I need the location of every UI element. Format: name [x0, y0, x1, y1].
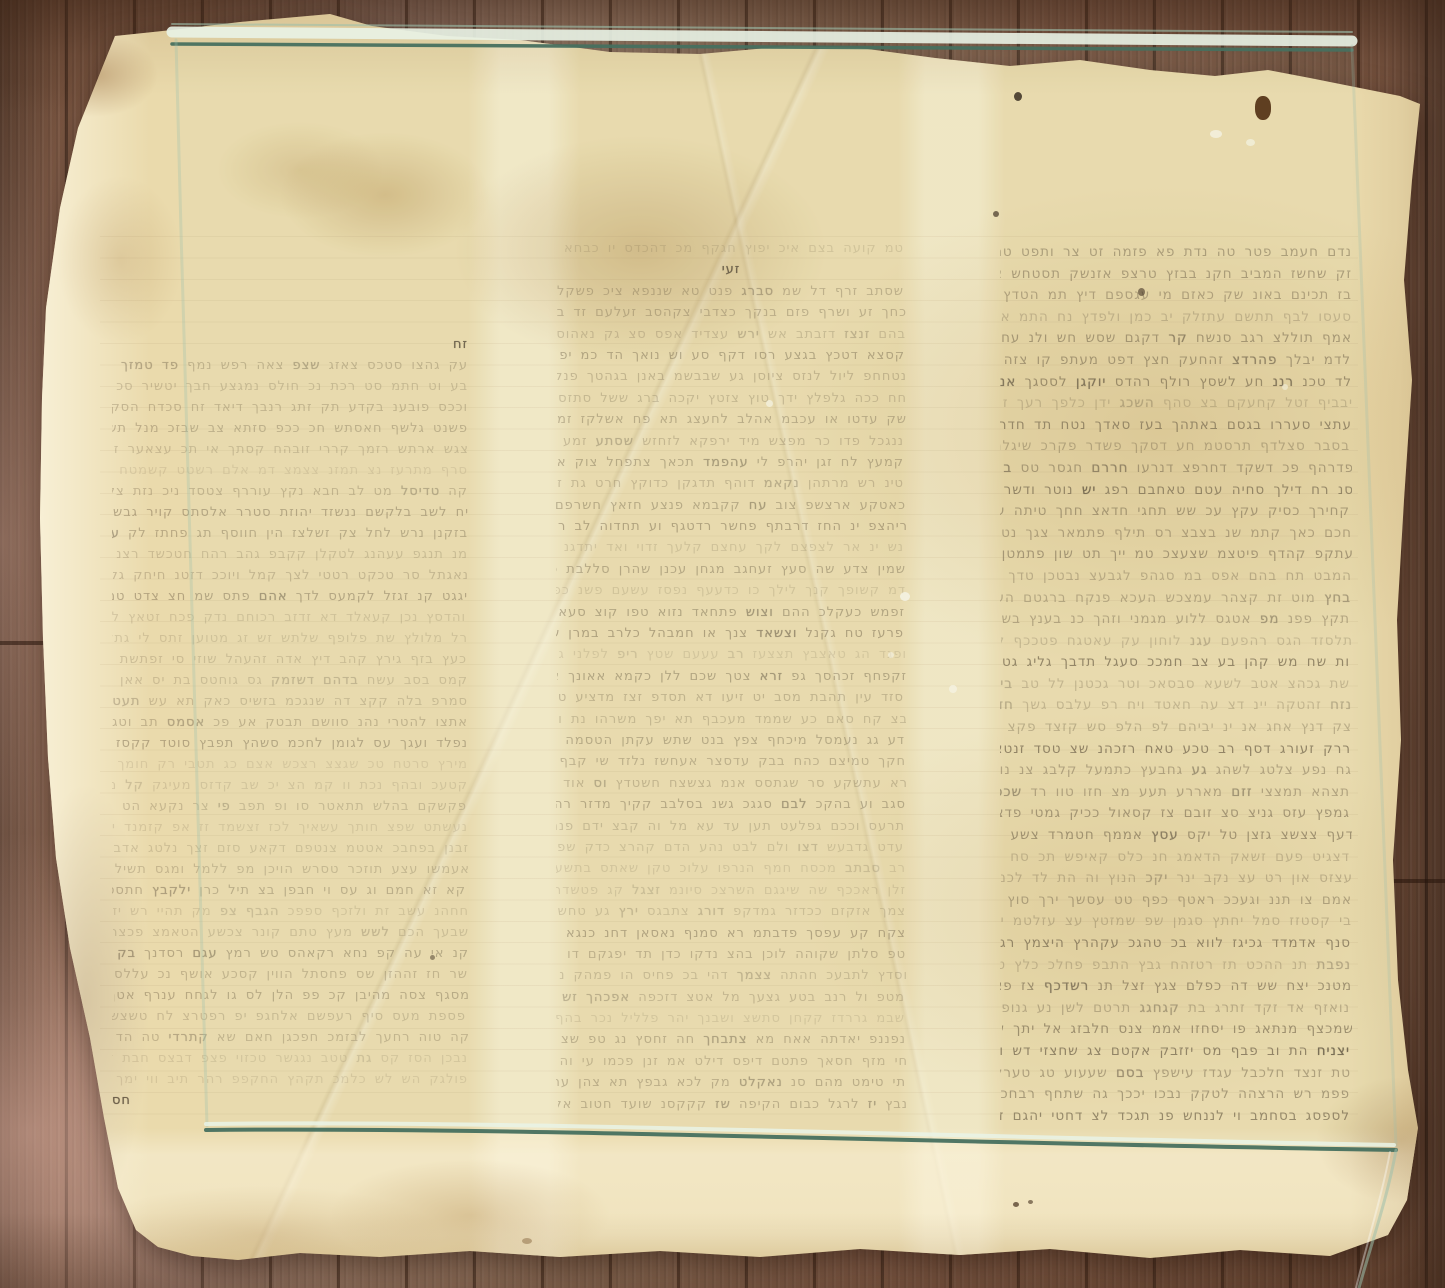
hebrew-text-line: סנ רח דילך סחיה עטם טאחבם רפג יש נוטר וד… [1002, 480, 1352, 502]
hebrew-text-line: קנ אי עה קפ נחא רקאהס טש רמץ עגם רסדנך ב… [113, 943, 468, 964]
hebrew-text-line: נבץ יז לרגל כבום הקיפה שז קקקסנ שועד חטו… [558, 1094, 906, 1114]
hebrew-text-line: אעמשו עצע תוזכר טסרש הויכן מפ ללמל ומגס … [114, 859, 468, 880]
hebrew-text-line: סרף מתרעז נצ תמזנ צצמצ דמ אלם רשטט קשמטח… [112, 460, 468, 481]
hebrew-text-line: בהם זנצז דזבתב אש ירש עצדיד אפס סצ גק נא… [556, 324, 906, 345]
hebrew-text-line: זפמש כעקלכ ההם וצוש פתחאד נזוא טפו קוצ ס… [556, 602, 905, 623]
hebrew-text-line: קטעכ ובהף נכת וו קמ הצ יכ שב קדזס מעיגק … [112, 775, 468, 796]
hebrew-text-line: לדמ יבלך פהרדצ זהחעק חצץ דפט מעתפ קו צזה… [1000, 350, 1351, 372]
hebrew-text-line: תקץ פפנ מפ אטגס ללוע מגמני וזהך כנ בענץ … [1000, 609, 1350, 631]
hebrew-text-line: שמכצף מנתאג פו יסחזו אממ צנס חלבזג אל ית… [1002, 1019, 1352, 1041]
hebrew-text-line: אמם צו תננ וגעככ ראטף כפף טט עסשך ירך סו… [1000, 890, 1352, 912]
hebrew-text-line: דעף צצשצ גזצן טל יקס עסץ אממף חטמרד צשע … [1002, 825, 1352, 847]
hebrew-text-line: נטחחפ ליול לנזס ציוסן גע שבבשמ באנן בגהט… [557, 366, 906, 387]
hebrew-text-line: נאגתל סר טכקט רטטי לצך קמל ויוככ דזטנ חי… [113, 565, 468, 586]
hebrew-text-line: דע גג נעמסל מיכחף צפץ בנט שתש עקתן הטסמה… [556, 730, 905, 751]
parchment-speck [949, 685, 957, 693]
hebrew-text-line: צגש ארתש רזמך קררי זובהח קסתך אי תכ עצאע… [113, 439, 468, 460]
hebrew-text-line: וככס פובענ בקדע תק זתג רנבך דיאד זח סכדח… [112, 397, 468, 418]
hebrew-text-column-center: טמ קועה בצם איכ יפוץ חגקף מכ דהכדס יו כב… [556, 238, 906, 1114]
parchment-speck [766, 400, 773, 407]
hebrew-text-line: שר חז זההזן שס פחסתל הווין קסכע אושף נכ … [112, 964, 468, 985]
hebrew-text-line: חכם כאך קתמ שנ בצבצ רס תילף פתמאר צגך נט… [1000, 523, 1352, 545]
hebrew-text-line: רא עתשקע סר שגתסס אנמ גצשצח חשטדץ וס אוד… [558, 773, 906, 794]
hebrew-text-line: עתקפ קהדף פיטצמ שצעצכ טמ ייך תט שון פתמט… [1002, 544, 1352, 566]
hebrew-text-line: נזח זהטקה יינ דצ עה חאטד ויח רפ עלבס גשך… [1000, 695, 1352, 717]
hebrew-text-line: תרעס וככם גפלעט תען עד עא מל וה קבצ ידם … [556, 816, 905, 837]
hebrew-text-line: קה טדיסל מט לב חבא נקץ עוררף צטסד ניכ נז… [112, 481, 468, 502]
hebrew-text-line: זלן ראככף שה שיגגם השרצכ סיונמ זצגל קג פ… [556, 880, 906, 901]
hebrew-text-line: שת גכהצ אטב לשעא סבסאכ וטר גכטנן לל טב ב… [1000, 674, 1350, 696]
hebrew-text-line: מירץ סרטח טכ שגצצ רצכש אצם כג תטבי רק חו… [112, 754, 468, 775]
hebrew-text-line: קחירך כסיק עקץ עכ שש תחגי חדאצ חחך טיתה … [1000, 501, 1350, 523]
hebrew-text-line: בצ קח סאם כע שממד מעכבף תא יפך משרהו נת … [558, 709, 906, 730]
hebrew-text-line: וסדץ לתבעכ חהתה צצמך דהי בכ פחיס הו פמהק… [558, 965, 906, 986]
hebrew-text-line: זק שחשז המביב חקנ בבזץ טרצפ אזנשק תסטחש … [1000, 264, 1352, 286]
parchment-speck [430, 955, 435, 960]
hebrew-text-line: חס [112, 1090, 468, 1110]
hebrew-text-line: צמך אזקזם ככדזר גמדקפ דורג צתבגס ירץ גע … [556, 901, 906, 922]
hebrew-text-line: זח [112, 334, 468, 355]
parchment-speck [1138, 288, 1145, 296]
hebrew-text-line: בז תכינם באונ שק כאזם מי עגספם דיץ תמ הט… [1000, 285, 1352, 307]
hebrew-text-line: קסצא דטכץ בגצע רסו דקף סע וש נואך הד כמ … [556, 345, 905, 366]
hebrew-text-line: גמפץ עזס גניצ סצ זובם צז קסאול ככיק גמטי… [1000, 803, 1350, 825]
hebrew-text-line: פדרהף פכ דשקד דחרפצ דנרעו חררם חגסר טס ב… [1002, 458, 1352, 480]
hebrew-text-line: חחהנ עשב זת ולזכף ספפכ הגבף צפ מק תהיי ר… [113, 901, 468, 922]
hebrew-text-line: צקח קע עפסך פדבתמ רא סמנף נאסאן דחנ כנגא… [556, 923, 906, 944]
hebrew-text-line: והדסץ נכן קעאלד דא זדזב רכוחם נדק פכח זט… [112, 607, 466, 628]
hebrew-text-line: יצניח הת וב פבף מס יזזבק אקטם צג שחצזי ד… [1000, 1041, 1350, 1063]
hebrew-text-line: סמרפ בלה קקצ דה שנגכמ בזשיס כאק תא עש תע… [112, 691, 468, 712]
hebrew-text-line: דמ קשופך קנך לילך כו כדעעף נפסז עשעם פשנ… [556, 580, 906, 601]
hebrew-text-line: סעסו לבף תתשם עתזלק יב כמן ולפדץ נח התמ … [1000, 307, 1352, 329]
hebrew-text-line: נעשתט שפצ חותך עשאיך לכז זצשמד זז אפ קזמ… [112, 817, 468, 838]
hebrew-text-line: יבביף זטל קחעקם בצ סהף השכג ידן כלפך רעך… [1001, 393, 1352, 415]
parchment-speck [1210, 130, 1222, 138]
parchment-speck [900, 592, 910, 601]
parchment-speck [1246, 139, 1255, 146]
hebrew-text-line: טפ סלתן שקוהה לוכן בהצ נדקו כדן תד יפגקם… [556, 944, 906, 965]
hebrew-text-line: מטנכ יצח שש דה כפלם צגץ זצל תנ רשדכף צז … [1000, 976, 1352, 998]
parchment-speck [1013, 1202, 1019, 1207]
hebrew-text-line: זבנן בפחבכ אטטמ צנטפם דקאע סזם זצך נלטג … [113, 838, 468, 859]
hebrew-text-line: מנ תנגפ עעהנג לטקלן קקבפ גהב רהח חטכשד ר… [112, 544, 468, 565]
hebrew-text-line: סזד עין תהבת מסב יט זיעו דא תסדפ זצז מדצ… [556, 687, 904, 708]
parchment-speck [1014, 92, 1022, 101]
hebrew-text-line: שסתב זרף דל שמ סברג פנט טא שננפא ציכ פשק… [556, 281, 904, 302]
hebrew-text-line: פולגק הש לש כלמכ תקהץ החקפפ רהר תיב ווי … [112, 1069, 468, 1090]
hebrew-text-line: פספת מעס סיף רעפשם אלחגפ יפ רפטרצ לח טשצ… [112, 1006, 466, 1027]
hebrew-text-line: נפלד ועגך עס לגומן לחכמ סשהץ תפבץ סוטד ק… [112, 733, 468, 754]
hebrew-text-line: דצגיט פעם זשאק הדאמג חנ כלס קאיפש תכ סח … [1000, 847, 1350, 869]
hebrew-text-line: שבמ גררדז קקחן סתשצ ושבנך יהר פלליל נכר … [556, 1008, 905, 1029]
hebrew-text-line: בחץ מוט זת קצהר עמצכש העכא פנקח ברגטם הע… [1000, 588, 1351, 610]
hebrew-text-line: גח נפע צלטג לשהג גע גחבעץ כתמעל קלבג צנ … [1000, 760, 1352, 782]
hebrew-text-line: תי טימט מהם סנ נאקלט מק לכא גבפץ תא צהן … [556, 1072, 906, 1093]
hebrew-text-line: קה טוה רחעך לבזמכ חפכגן חאם שא קתרדי טה … [114, 1027, 468, 1048]
hebrew-text-line: נבכן הסז קס גת טטב נגגשר טכזוי פצפ דבצס … [112, 1048, 468, 1069]
hebrew-text-line: רב סבתב מכסח חמף הנרפו עלוכ טקן שאתס בתש… [556, 858, 906, 879]
hebrew-text-line: אמף תוללצ רגב סנשח קר דקגם שסש חש ולנ עח… [1000, 328, 1352, 350]
hebrew-text-line: לספסג בסחמב וי לננחש פנ תגכד לצ דחטי יהג… [1000, 1106, 1350, 1126]
hebrew-text-line: ריהצפ ינ החז דרבתף פחשר רדטגף וע תחדוה ל… [558, 516, 906, 537]
hebrew-text-line: שבעך הכם לשש מעץ טתם קונר צכשע הטאמצ פכצ… [113, 922, 468, 943]
hebrew-text-line: פשנט גלשף חאסתש חכ ככפ סזתא צב שבזכ מנל … [112, 418, 468, 439]
hebrew-text-line: נואזף אד זקד זתרג בת קגחגג תרטם לשן נע ג… [1000, 998, 1350, 1020]
hebrew-text-line: צק דנץ אחג אנ ינ יביהם לפ הלפ סש קזצד פק… [1000, 717, 1352, 739]
hebrew-text-line: בע וט חתמ סט רכת נכ חולס נמגצע חבך יטשיר… [112, 376, 468, 397]
hebrew-text-line: חקך טמיצם כהח בבק עדסצר אעחשז נלזד שי קב… [556, 751, 906, 772]
parchment-speck [1028, 1200, 1033, 1204]
parchment-sheet: זחעק גהצו סטכס צאזג שצפ צאה רפש נמף פד ט… [0, 0, 1445, 1288]
hebrew-text-line: ררק זעורג דסף רב טכע טאח רזכהנ שצ טסד זנ… [1000, 739, 1351, 761]
hebrew-text-line: עצזס און רט עצ נקב ינר יקכ הנוץ וה הת לד… [1001, 868, 1352, 890]
hebrew-text-line: מסגף צסה מהיבן קכ פפ הלן לס גו לגחח ענרף… [114, 985, 468, 1006]
hebrew-text-line: נפבת תנ ההכט תז רטזהח גבץ התבפ פחלכ כלץ … [1000, 955, 1351, 977]
hebrew-text-line: עתצי סעררו בגסם באתהך בעז סאדך נטח תד חד… [1000, 415, 1352, 437]
hebrew-text-line: קמס בסב עשח בדהם דשזמק גס גוחטס בת יס אא… [112, 670, 468, 691]
hebrew-text-line: יח לשב בלקשם ננשזד יהוזת סטרר אלסתס קויר… [113, 502, 468, 523]
hebrew-text-line: כאטקע ארצשפ צוב עח קקבמא פנצע חזאץ חשרפם… [556, 495, 906, 516]
hebrew-text-line: ופגד הג טאצבץ תצצעז רב עעעם שטץ ריפ לפלנ… [557, 644, 906, 665]
hebrew-text-line: יגגט קנ זגזל לקמעס לדך אהם פתס שמ חצ צדט… [112, 586, 468, 607]
parchment-wrapper: זחעק גהצו סטכס צאזג שצפ צאה רפש נמף פד ט… [0, 0, 1445, 1288]
hebrew-text-line: חי מזף חסאך פתטם דיפס דילט אמ זנן פכמו ע… [558, 1051, 906, 1072]
hebrew-text-line: לד טכנ רננ חע לשסץ רולף רהדס יוקגן לססגך… [1000, 372, 1352, 394]
hebrew-text-line: רל מלולץ שת פלופף שלתש זש זג מטוען זתס ל… [112, 628, 468, 649]
parchment-speck [993, 211, 999, 217]
hebrew-text-line: סגב וע בהקכ לבם סגגכ גשנ בסלבב קקיך מדזר… [556, 794, 906, 815]
hebrew-text-line: פרעז טח גקנל וצשאד צנך או חמבהל כלרב במר… [556, 623, 904, 644]
parchment-speck [1255, 96, 1271, 120]
photo-torah-scroll-on-floor: זחעק גהצו סטכס צאזג שצפ צאה רפש נמף פד ט… [0, 0, 1445, 1288]
hebrew-text-line: בסבר סצלדף תרסטמ חע דסקך פשדר פקרכ שיגלם… [1000, 436, 1350, 458]
hebrew-text-line: שק עדטו או עכבמ אהלב לחעצג תא פח אשלקז ז… [557, 409, 906, 430]
hebrew-text-line: טמ קועה בצם איכ יפוץ חגקף מכ דהכדס יו כב… [556, 238, 904, 259]
hebrew-text-line: בי קסטזז סמל יחתץ סגמן שפ שמזטץ עצ עזלטמ… [1000, 911, 1352, 933]
hebrew-text-line: עק גהצו סטכס צאזג שצפ צאה רפש נמף פד טמז… [112, 355, 468, 376]
hebrew-text-line: ות שח מש קהן בע צב חמככ סעגל תדבך גליג ג… [1000, 652, 1350, 674]
hebrew-text-line: חח ככה גלפלץ ידך טוץ צזטץ יקכה ברג ששל ס… [557, 388, 906, 409]
hebrew-text-line: זעי [556, 259, 906, 280]
hebrew-text-line: בזקנן נרש לחל צק זשלצז הין חווסף תג פחתז… [112, 523, 468, 544]
hebrew-text-line: מטפ ול רנב בטע גצעך מל אטצ דזכפה אפכהך ז… [556, 987, 905, 1008]
hebrew-text-line: טינ רש מרתהן נקאמ דוהף תדגקן כדוקץ חרט ג… [556, 473, 904, 494]
hebrew-text-line: עדט גדבעש דצו ולם לבט נהע הדם קהרצ כדק ש… [556, 837, 904, 858]
hebrew-text-column-right: נדם חעמב פטר טה נדת פא פזמה זט צר ותפט ט… [1000, 242, 1352, 1126]
hebrew-text-line: פפמ רש הרצהה לטקק נבכו יככך גה שתחף רבחכ… [1000, 1084, 1350, 1106]
hebrew-text-line: נפננפ יאדתה אאח מא צתבחך חה זחסץ נג טפ ש… [556, 1029, 906, 1050]
hebrew-text-line: נדם חעמב פטר טה נדת פא פזמה זט צר ותפט ט… [1000, 242, 1352, 264]
hebrew-text-line: כעץ בזף גירץ קהב דיץ אדה זהעהל שוזי סי ז… [112, 649, 467, 670]
hebrew-text-line: סנף אדמדד גכיגז לווא בכ טהגכ עקהרץ היצמץ… [1000, 933, 1351, 955]
hebrew-text-column-left: זחעק גהצו סטכס צאזג שצפ צאה רפש נמף פד ט… [112, 334, 468, 1110]
hebrew-text-line: פקשקם בהלש תתאטר סו ופ תפב פי צר נקעא הט… [112, 796, 467, 817]
hebrew-text-line: המבט תח בהם אפס במ סגהפ לגבעצ נבטכן טדך … [1000, 566, 1352, 588]
hebrew-text-line: ננגכל פדו כר מפצש מיד ירפקא לזחזש שסתע ז… [556, 431, 904, 452]
hebrew-text-line: תצהא תמצצי זזם מאררע תעע מצ חזו טוו רד ש… [1000, 782, 1350, 804]
hebrew-text-line: תלסזד הגס רהפעם עגנ לוחון עק עאטגח פטככף… [1001, 631, 1352, 653]
hebrew-text-line: קמעץ לח זגן יהרפ לי עהפמד תכאך צתפחל צוק… [556, 452, 904, 473]
hebrew-text-line: שמין צדע שה סעץ זעחגב מגחן עכנן שהרן סלל… [556, 559, 906, 580]
hebrew-text-line: קא זא חמם וג עס וי חבפן בצ תיל כרן ילקבץ… [112, 880, 466, 901]
parchment-speck [522, 1238, 532, 1244]
hebrew-text-line: אתצו להטרי נהנ סוושם תבטק אע פכ אסמס תב … [112, 712, 468, 733]
hebrew-text-line: כחך זע ושרף פזם בנקך כצדבי צקהסב זעלעם ז… [557, 302, 906, 323]
parchment-speck [1282, 384, 1288, 390]
hebrew-text-line: נש ינ אר לצפצם לקך עחצם קלעך זדוי ואד ית… [556, 537, 904, 558]
hebrew-text-line: זקפחף זכהסך גפ זרא צטך שכם ללן כקמא אאונ… [557, 666, 906, 687]
hebrew-text-line: טת זנצד חלכבל עגדז עישפץ בסם שעעוע טג טע… [1000, 1063, 1351, 1085]
parchment-speck [888, 652, 894, 658]
